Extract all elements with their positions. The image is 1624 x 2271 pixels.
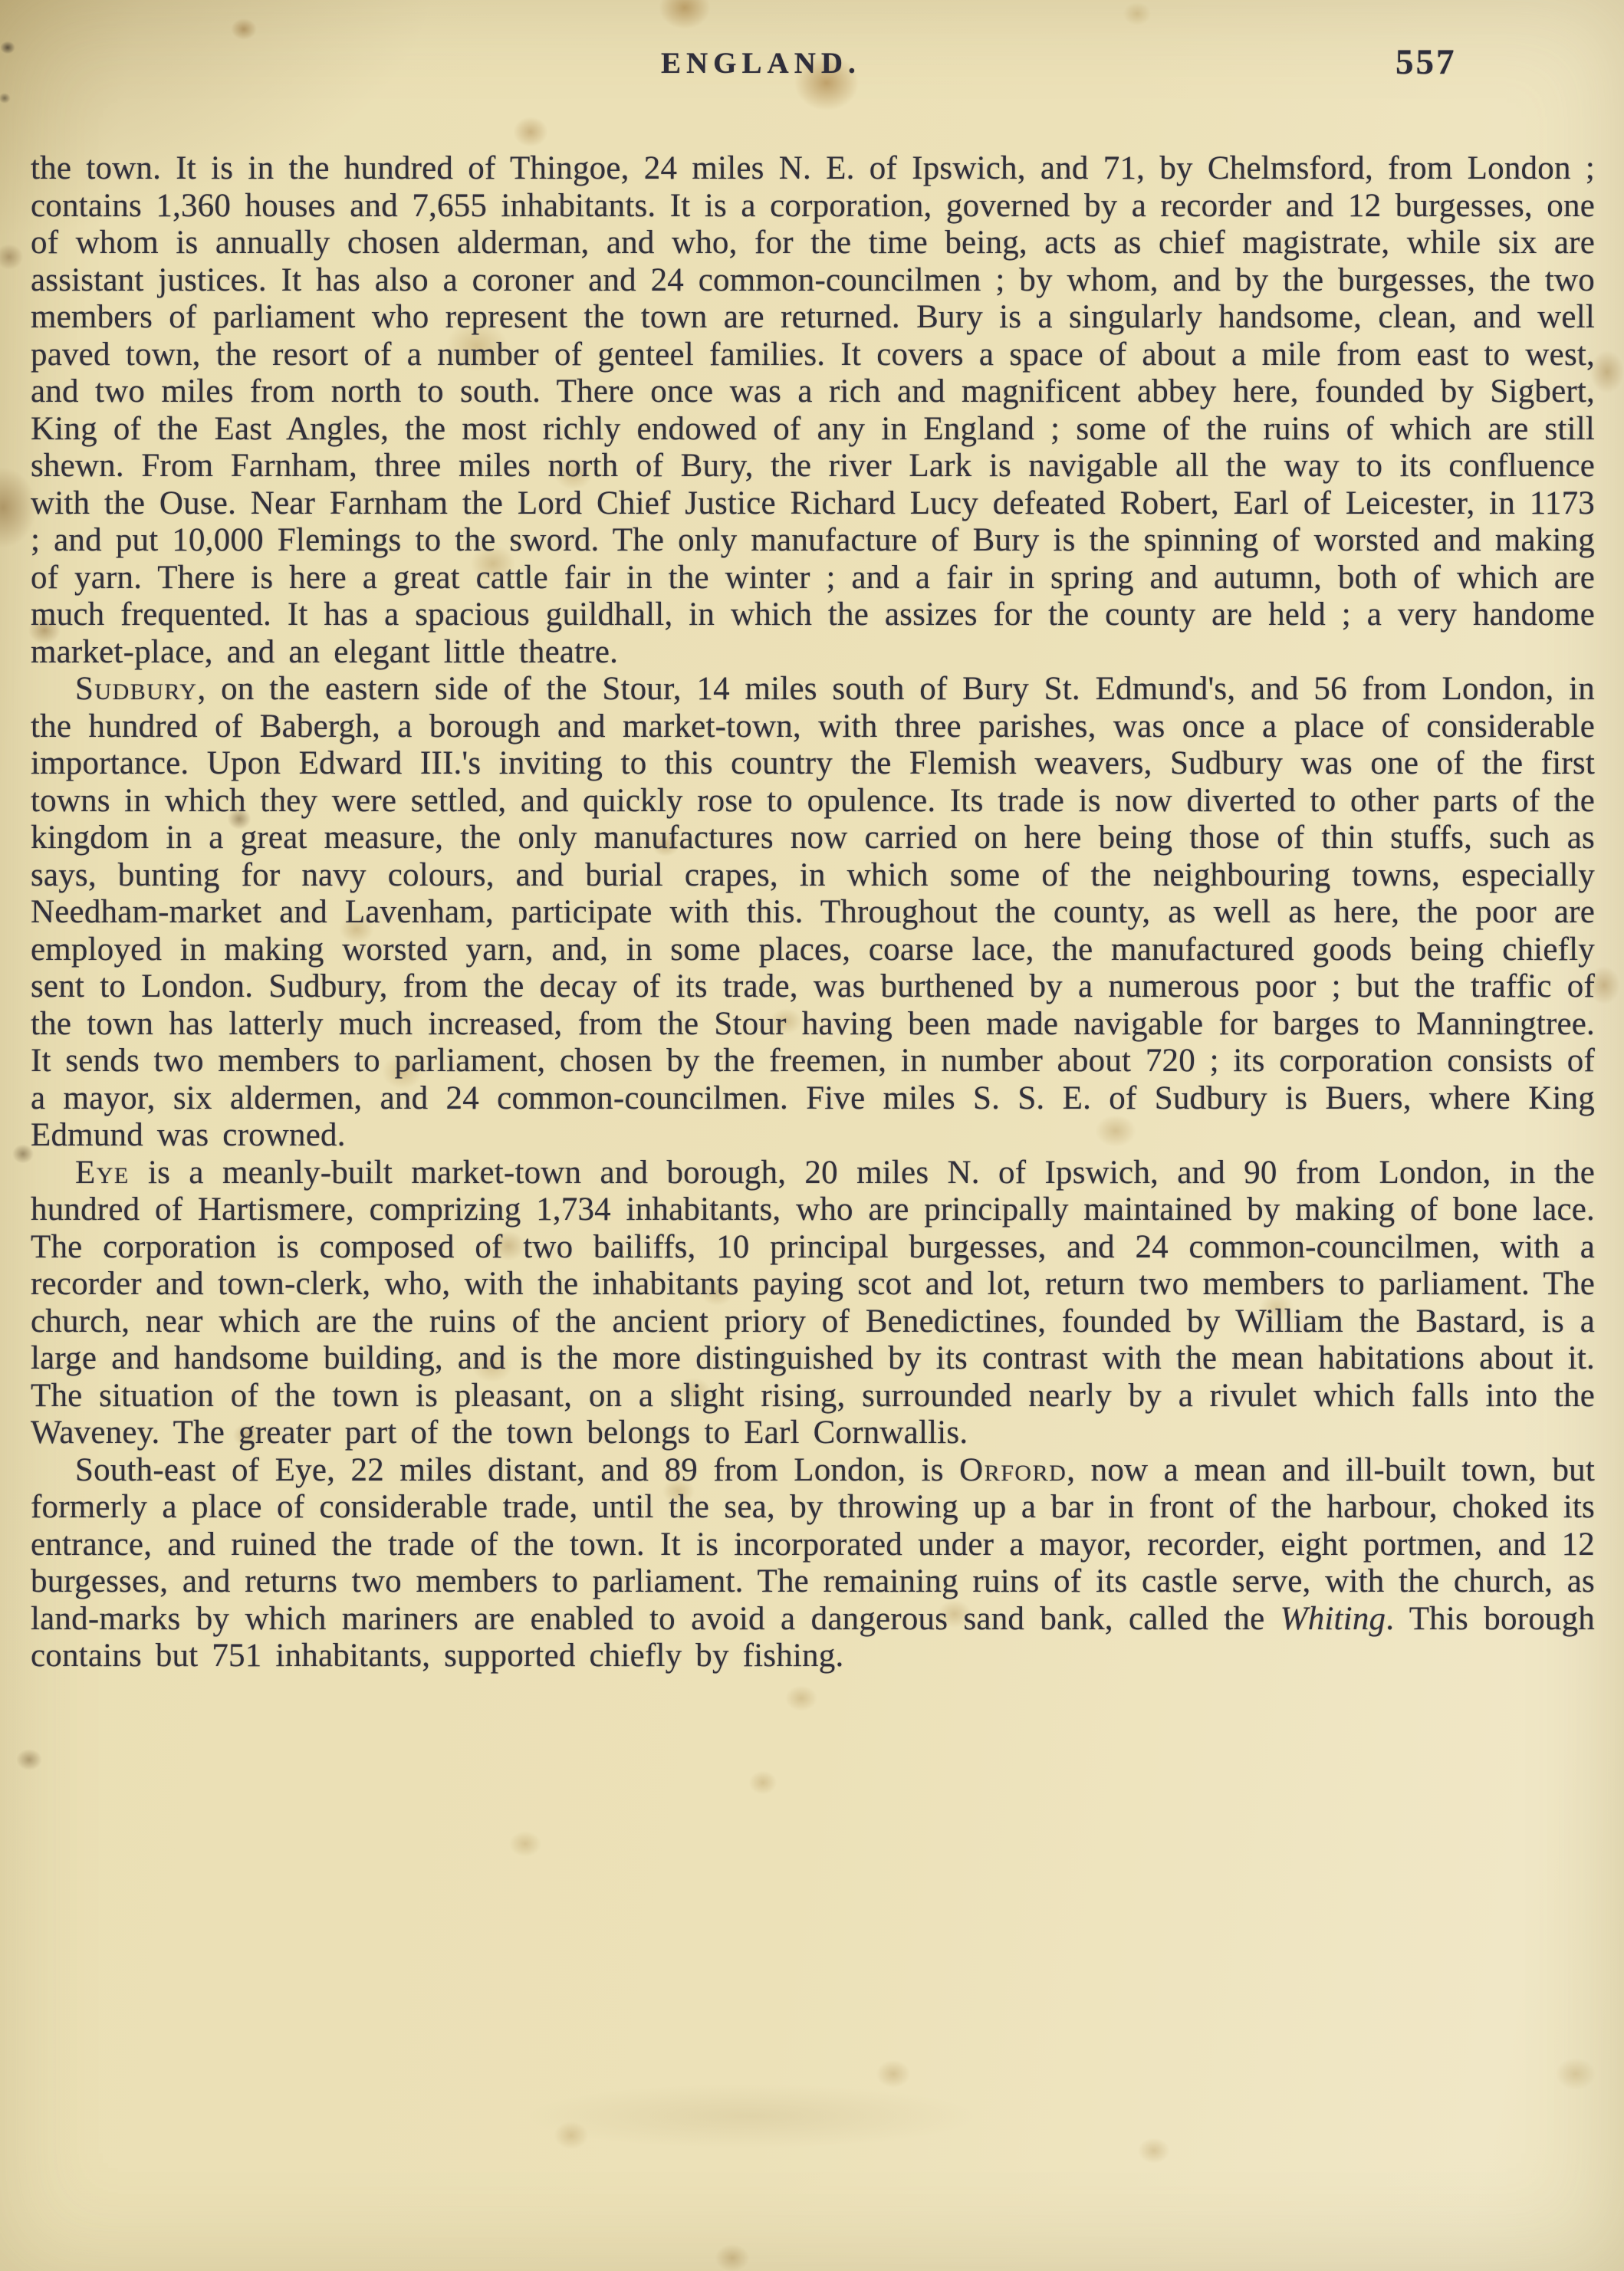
paragraph: Sudbury, on the eastern side of the Stou… (31, 671, 1595, 1155)
text-block: the town. It is in the hundred of Thingo… (31, 150, 1595, 1675)
paragraph: the town. It is in the hundred of Thingo… (31, 150, 1595, 671)
page-header: ENGLAND. 557 (0, 46, 1624, 95)
paragraph: South-east of Eye, 22 miles distant, and… (31, 1452, 1595, 1675)
text-segment-smallcaps: Eye (75, 1155, 130, 1191)
text-segment: , on the eastern side of the Stour, 14 m… (31, 671, 1595, 1153)
text-segment: South-east of Eye, 22 miles distant, and… (75, 1452, 959, 1488)
text-segment-smallcaps: Orford (959, 1452, 1067, 1488)
running-title: ENGLAND. (661, 46, 861, 81)
text-segment: the town. It is in the hundred of Thingo… (31, 150, 1595, 670)
paragraph: Eye is a meanly-built market-town and bo… (31, 1155, 1595, 1452)
page-number: 557 (1396, 41, 1457, 83)
text-segment-smallcaps: Sudbury (75, 671, 197, 707)
text-segment: is a meanly-built market-town and boroug… (31, 1155, 1595, 1451)
text-segment-italic: Whiting (1280, 1601, 1386, 1637)
